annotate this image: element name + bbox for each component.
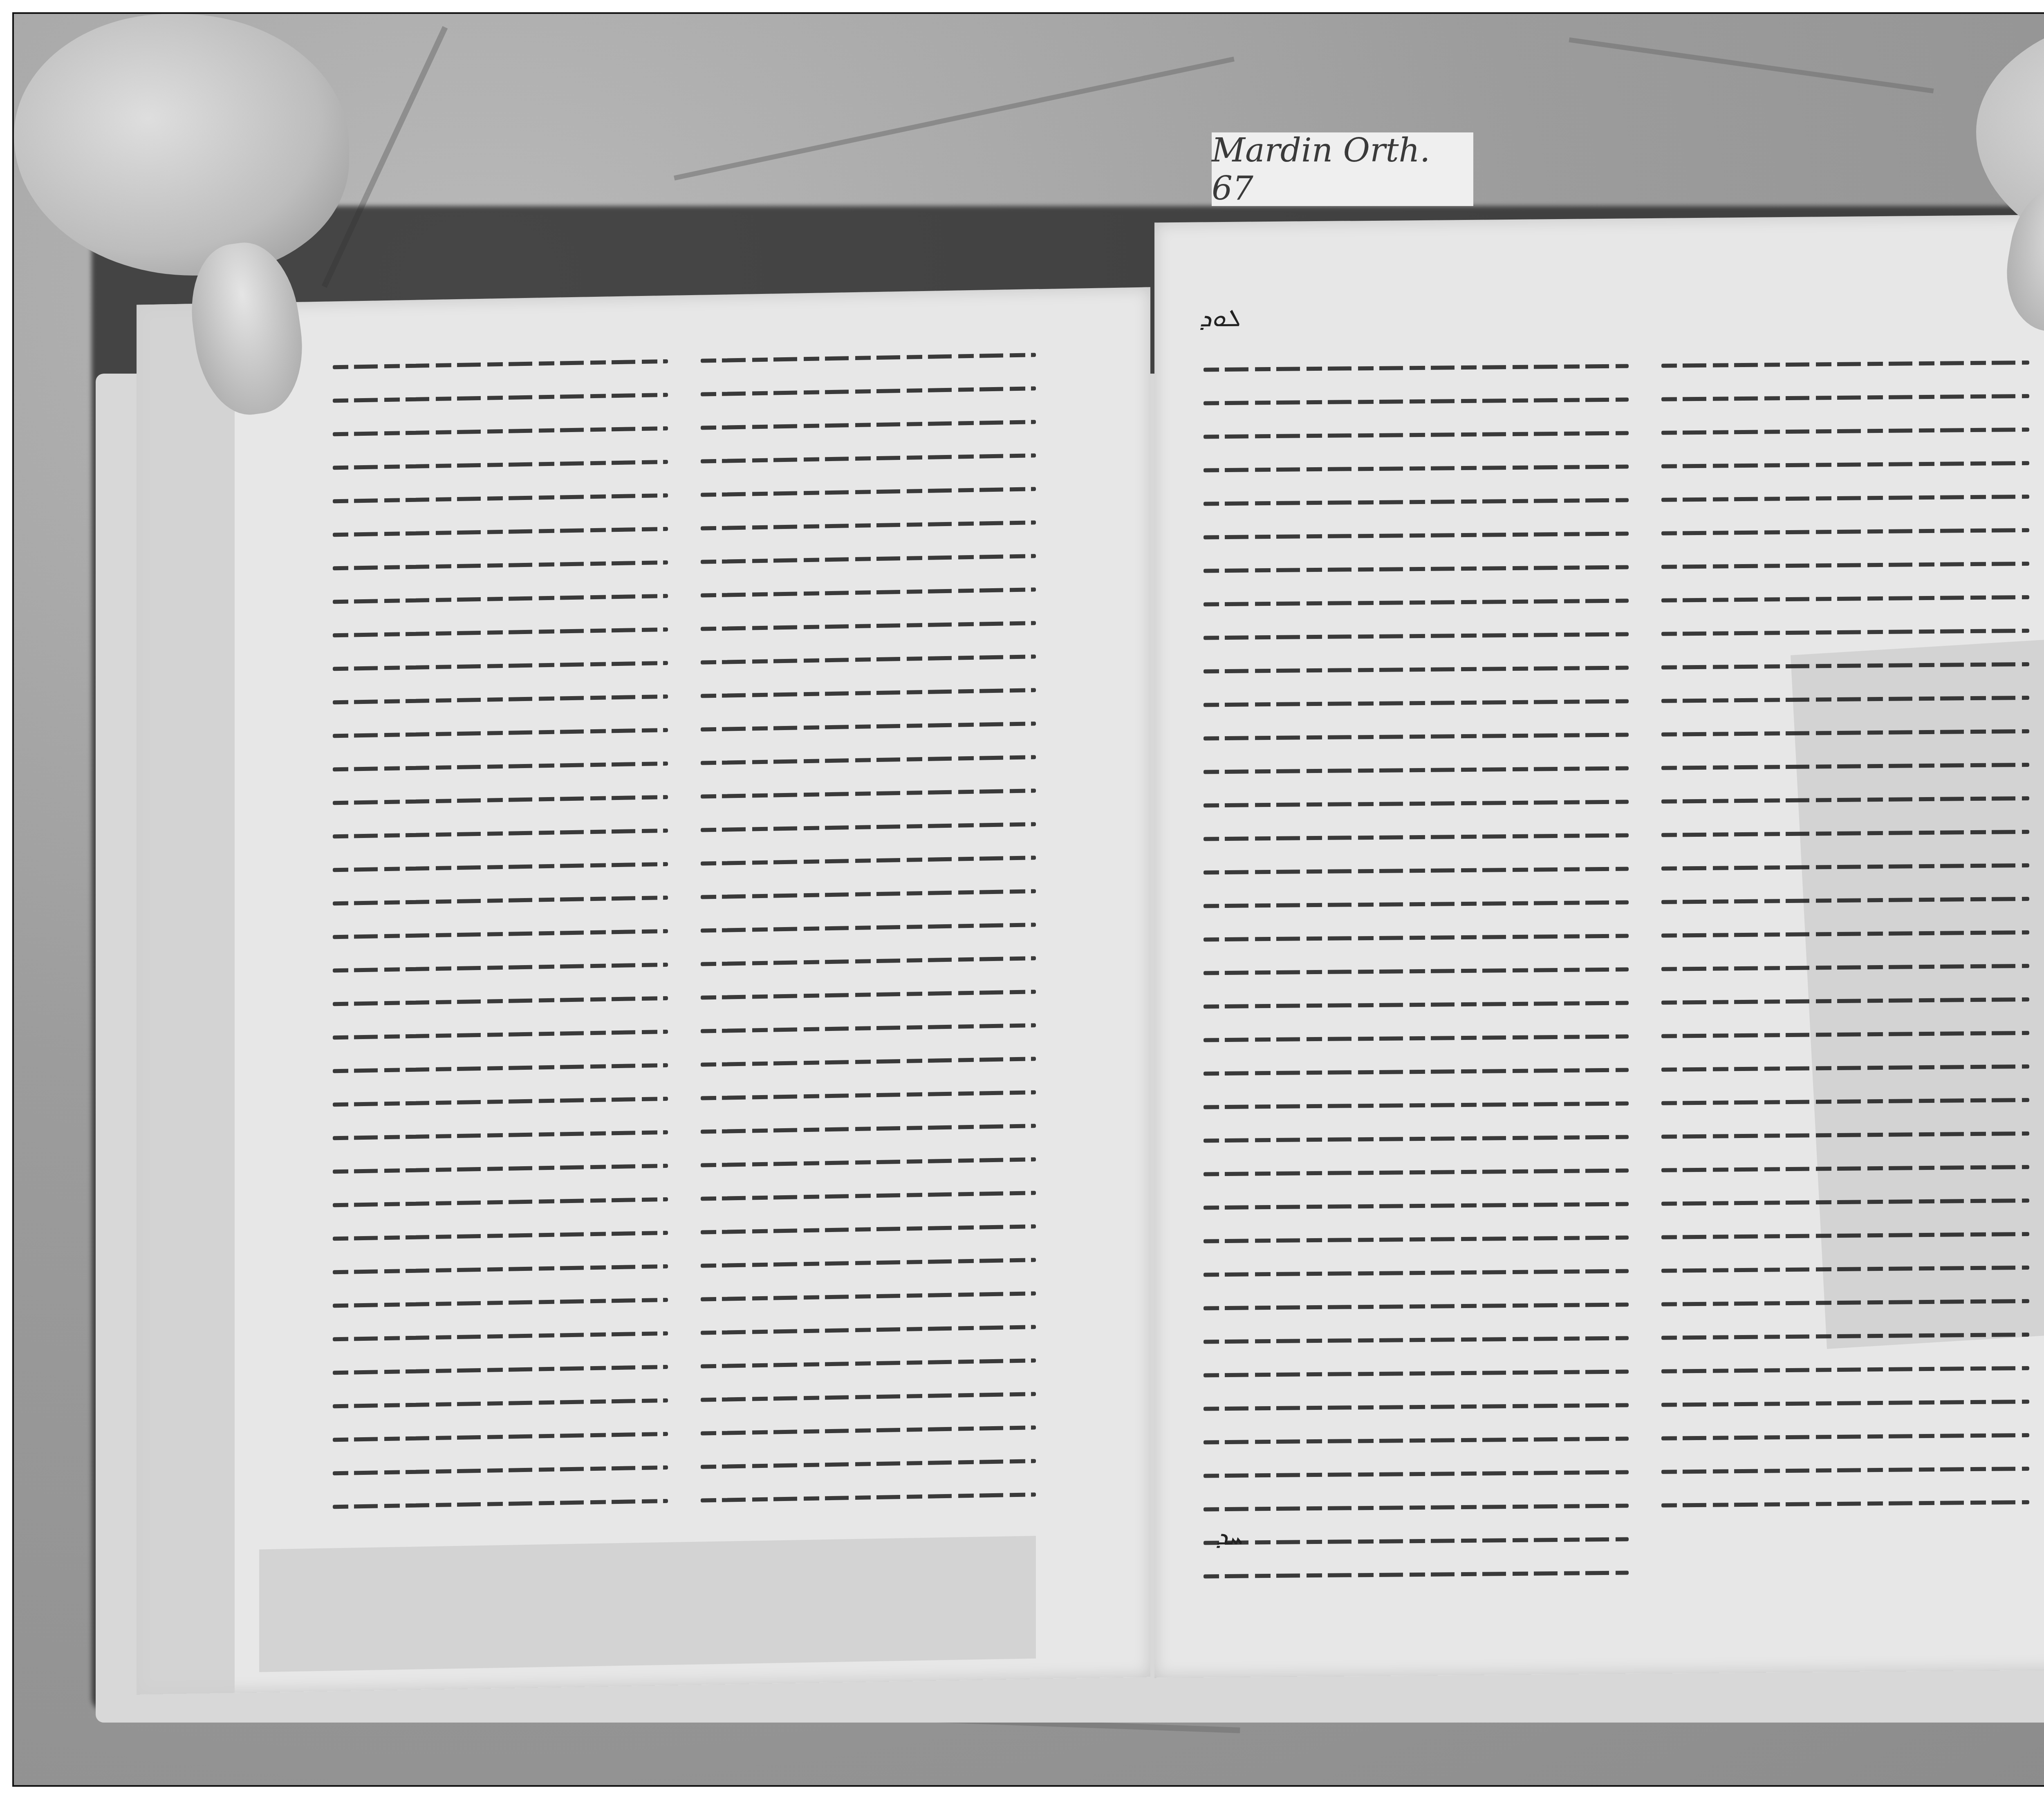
shelfmark-label: Mardin Orth. 67 xyxy=(1212,132,1473,206)
floor-joint xyxy=(674,57,1235,181)
right-page-column-1 xyxy=(1204,349,1629,1593)
paper-repair-strip xyxy=(259,1536,1036,1672)
left-page-column-1 xyxy=(333,345,668,1523)
catchword: ܚܕ xyxy=(1216,1522,1242,1551)
right-page: ܠܘܕ ܚܕ xyxy=(1154,214,2044,1678)
left-page xyxy=(137,287,1150,1694)
left-page-column-2 xyxy=(701,338,1036,1517)
paper-repair-strip xyxy=(137,303,235,1694)
right-page-column-2 xyxy=(1661,346,2029,1522)
floor-joint xyxy=(1569,37,1934,93)
photo-frame: ܠܘܕ ܚܕ Mardin Orth. 67 xyxy=(12,12,2044,1787)
folio-mark: ܠܘܕ xyxy=(1199,304,1240,333)
left-hand xyxy=(14,14,349,276)
